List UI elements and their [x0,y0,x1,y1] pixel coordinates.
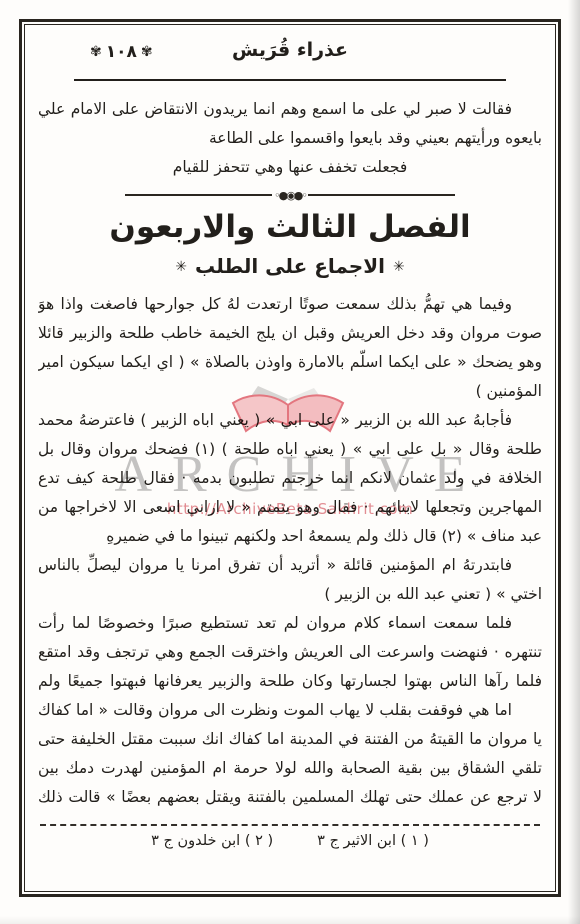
paragraph-line: فأجابهُ عبد الله بن الزبير « على ابي » (… [38,406,542,435]
paragraph-line: اختي » ( تعني عبد الله بن الزبير ) [38,580,542,609]
page-header: عذراء قُرَيش ✾ ١٠٨ ✾ [38,35,542,71]
footnote-item: ( ١ ) ابن الاثير ج ٣ [317,830,429,852]
paragraph-line: عبد مناف » (٢) قال ذلك ولم يسمعهُ احد ول… [38,522,542,551]
flower-ornament-icon: ✾ [90,45,102,59]
footnote-divider [40,824,540,826]
paragraph-line: صوت مروان وقد دخل العريش وقبل ان يلج الخ… [38,319,542,348]
section-divider: ◦●◉●◦ [125,188,455,202]
header-rule [74,79,506,81]
paragraph-line: فجعلت تخفف عنها وهي تتحفز للقيام [38,153,542,182]
scan-edge-shadow [568,0,580,924]
paragraph-line: تنتهره · فنهضت واسرعت الى العريش واخترقت… [38,638,542,667]
divider-ornament-icon: ◦●◉●◦ [272,189,308,202]
chapter-subtitle: ✳الاجماع على الطلب✳ [38,250,542,282]
paragraph-line: لا ترجع عن عملك حتى تهلك المسلمين بالفتن… [38,783,542,812]
paragraph-line: المهاجرين وتجعلها لابنائهم · فقال وهو يت… [38,493,542,522]
divider-line [125,194,272,196]
star-ornament-icon: ✳ [385,259,413,275]
footnote-item: ( ٢ ) ابن خلدون ج ٣ [151,830,273,852]
scan-edge-shadow [0,916,580,924]
paragraph-line: الخلافة في ولد عثمان لانكم انما خرجتم تط… [38,464,542,493]
paragraph-line: وفيما هي تهمُّ بذلك سمعت صوتًا ارتعدت له… [38,290,542,319]
page-number-group: ✾ ١٠٨ ✾ [90,42,153,62]
page-number: ١٠٨ [106,42,137,62]
paragraph-line: اما هي فوقفت بقلب لا يهاب الموت ونظرت ال… [38,696,542,725]
paragraph-line: فلما سمعت اسماء كلام مروان لم تعد تستطيع… [38,609,542,638]
chapter-subtitle-text: الاجماع على الطلب [195,254,385,278]
scanned-book-page: عذراء قُرَيش ✾ ١٠٨ ✾ فقالت لا صبر لي على… [0,0,580,924]
page-content: عذراء قُرَيش ✾ ١٠٨ ✾ فقالت لا صبر لي على… [25,25,555,891]
paragraph-line: المؤمنين ) [38,377,542,406]
paragraph-line: طلحة وقال « بل على ابي » ( يعني اباه طلح… [38,435,542,464]
star-ornament-icon: ✳ [167,259,195,275]
paragraph-line: بايعوه ورأيتهم بعيني وقد بايعوا واقسموا … [38,124,542,153]
paragraph-line: يا مروان ما القيتهُ من الفتنة في المدينة… [38,725,542,754]
paragraph-line: فابتدرتهُ ام المؤمنين قائلة « أتريد أن ت… [38,551,542,580]
page-frame-inner: عذراء قُرَيش ✾ ١٠٨ ✾ فقالت لا صبر لي على… [24,24,556,892]
footnote: ( ١ ) ابن الاثير ج ٣ ( ٢ ) ابن خلدون ج ٣ [38,830,542,852]
paragraph-line: تلقي الشقاق بين بقية الصحابة والله لولا … [38,754,542,783]
paragraph-line: وهو يضحك « على ايكما اسلّم بالامارة واوذ… [38,348,542,377]
flower-ornament-icon: ✾ [141,45,153,59]
chapter-heading: الفصل الثالث والاربعون [38,204,542,250]
page-frame: عذراء قُرَيش ✾ ١٠٨ ✾ فقالت لا صبر لي على… [19,19,561,897]
paragraph-line: فلما رآها الناس بهتوا لجسارتها وكان طلحة… [38,667,542,696]
divider-line [308,194,455,196]
paragraph-line: فقالت لا صبر لي على ما اسمع وهم انما يري… [38,95,542,124]
